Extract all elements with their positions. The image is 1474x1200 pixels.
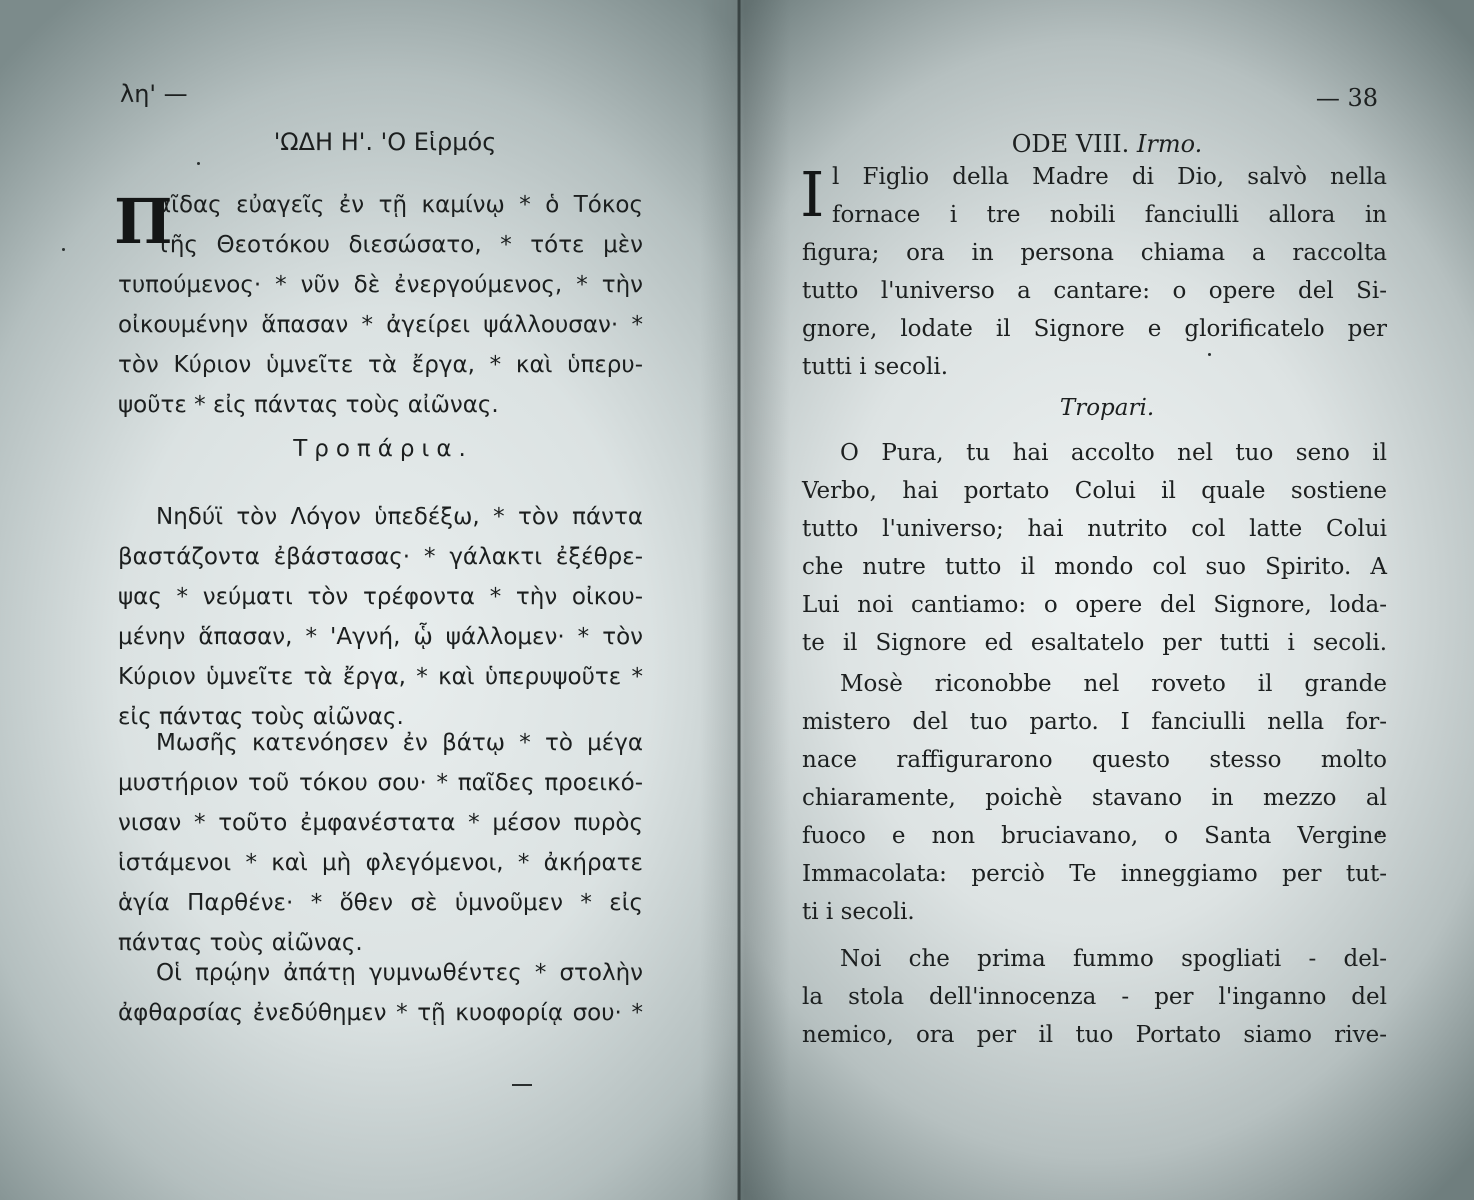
text-line: Κύριον ὑμνεῖτε τὰ ἔργα, * καὶ ὑπερυψοῦτε… [118, 657, 643, 697]
greek-troparia-heading: Τροπάρια. [0, 436, 740, 462]
left-running-head: λη' — [120, 80, 188, 108]
text-line: figura; ora in persona chiama a raccolta [802, 234, 1387, 272]
page-footer-mark [512, 1084, 532, 1086]
text-line: fornace i tre nobili fanciulli allora in [802, 196, 1387, 234]
greek-troparion-2: Μωσῆς κατενόησεν ἐν βάτῳ * τὸ μέγα μυστή… [118, 723, 643, 963]
left-page-greek: λη' — 'ΩΔΗ Η'. 'Ο Εἱρμός Π αῖδας εὐαγεῖς… [0, 0, 740, 1200]
text-line: tutto l'universo; hai nutrito col latte … [802, 510, 1387, 548]
text-line: Οἱ πρῴην ἀπάτῃ γυμνωθέντες * στολὴν [118, 953, 643, 993]
right-running-head: — 38 [1316, 84, 1378, 112]
right-page-italian: — 38 ODE VIII. Irmo. I l Figlio della Ma… [740, 0, 1474, 1200]
text-line: ἱστάμενοι * καὶ μὴ φλεγόμενοι, * ἀκήρατε [118, 843, 643, 883]
book-spread: λη' — 'ΩΔΗ Η'. 'Ο Εἱρμός Π αῖδας εὐαγεῖς… [0, 0, 1474, 1200]
paper-speck [62, 248, 65, 251]
text-line: αῖδας εὐαγεῖς ἐν τῇ καμίνῳ * ὁ Τόκος [118, 185, 643, 225]
text-line: Lui noi cantiamo: o opere del Signore, l… [802, 586, 1387, 624]
text-line: chiaramente, poichè stavano in mezzo al [802, 779, 1387, 817]
text-line: nace raffigurarono questo stesso molto [802, 741, 1387, 779]
paper-speck [1208, 353, 1211, 356]
text-line: τῆς Θεοτόκου διεσώσατο, * τότε μὲν [118, 225, 643, 265]
text-line: ἀφθαρσίας ἐνεδύθημεν * τῇ κυοφορίᾳ σου· … [118, 993, 643, 1033]
text-line: la stola dell'innocenza - per l'inganno … [802, 978, 1387, 1016]
text-line: O Pura, tu hai accolto nel tuo seno il [802, 434, 1387, 472]
text-line: τυπούμενος· * νῦν δὲ ἐνεργούμενος, * τὴν [118, 265, 643, 305]
italian-tropario-1: O Pura, tu hai accolto nel tuo seno il V… [802, 434, 1387, 662]
text-line: tutti i secoli. [802, 348, 1387, 386]
text-line: mistero del tuo parto. I fanciulli nella… [802, 703, 1387, 741]
italian-tropari-heading: Tropari. [740, 395, 1474, 421]
text-line: Μωσῆς κατενόησεν ἐν βάτῳ * τὸ μέγα [118, 723, 643, 763]
text-line: Noi che prima fummo spogliati - del- [802, 940, 1387, 978]
text-line: Νηδύϊ τὸν Λόγον ὑπεδέξω, * τὸν πάντα [118, 497, 643, 537]
text-line: ti i secoli. [802, 893, 1387, 931]
text-line: νισαν * τοῦτο ἐμφανέστατα * μέσον πυρὸς [118, 803, 643, 843]
text-line: ἁγία Παρθένε· * ὅθεν σὲ ὑμνοῦμεν * εἰς [118, 883, 643, 923]
paper-speck [1378, 832, 1381, 835]
text-line: βαστάζοντα ἐβάστασας· * γάλακτι ἐξέθρε- [118, 537, 643, 577]
text-line: μένην ἅπασαν, * 'Αγνή, ᾧ ψάλλομεν· * τὸν [118, 617, 643, 657]
text-line: fuoco e non bruciavano, o Santa Vergine [802, 817, 1387, 855]
book-gutter [737, 0, 741, 1200]
ode-title-main: ODE VIII. [1012, 130, 1129, 158]
text-line: Verbo, hai portato Colui il quale sostie… [802, 472, 1387, 510]
left-ode-title: 'ΩΔΗ Η'. 'Ο Εἱρμός [0, 128, 740, 156]
text-line: nemico, ora per il tuo Portato siamo riv… [802, 1016, 1387, 1054]
text-line: Mosè riconobbe nel roveto il grande [802, 665, 1387, 703]
text-line: μυστήριον τοῦ τόκου σου· * παῖδες προεικ… [118, 763, 643, 803]
text-line: che nutre tutto il mondo col suo Spirito… [802, 548, 1387, 586]
text-line: gnore, lodate il Signore e glorificatelo… [802, 310, 1387, 348]
ode-title-italic: Irmo. [1137, 130, 1202, 158]
italian-tropario-2: Mosè riconobbe nel roveto il grande mist… [802, 665, 1387, 931]
text-line: οἰκουμένην ἅπασαν * ἀγείρει ψάλλουσαν· * [118, 305, 643, 345]
greek-troparion-3: Οἱ πρῴην ἀπάτῃ γυμνωθέντες * στολὴν ἀφθα… [118, 953, 643, 1033]
text-line: ψας * νεύματι τὸν τρέφοντα * τὴν οἰκου- [118, 577, 643, 617]
text-line: te il Signore ed esaltatelo per tutti i … [802, 624, 1387, 662]
greek-irmos-paragraph: Π αῖδας εὐαγεῖς ἐν τῇ καμίνῳ * ὁ Τόκος τ… [118, 185, 643, 425]
text-line: ψοῦτε * εἰς πάντας τοὺς αἰῶνας. [118, 385, 643, 425]
italian-dropcap: I [800, 164, 825, 226]
right-ode-title: ODE VIII. Irmo. [740, 130, 1474, 158]
paper-speck [197, 162, 200, 165]
text-line: Immacolata: perciò Te inneggiamo per tut… [802, 855, 1387, 893]
greek-dropcap: Π [114, 191, 173, 253]
italian-tropario-3: Noi che prima fummo spogliati - del- la … [802, 940, 1387, 1054]
text-line: l Figlio della Madre di Dio, salvò nella [802, 158, 1387, 196]
text-line: τὸν Κύριον ὑμνεῖτε τὰ ἔργα, * καὶ ὑπερυ- [118, 345, 643, 385]
text-line: tutto l'universo a cantare: o opere del … [802, 272, 1387, 310]
greek-troparion-1: Νηδύϊ τὸν Λόγον ὑπεδέξω, * τὸν πάντα βασ… [118, 497, 643, 737]
gutter-shadow [700, 0, 790, 1200]
italian-irmo-paragraph: I l Figlio della Madre di Dio, salvò nel… [802, 158, 1387, 386]
